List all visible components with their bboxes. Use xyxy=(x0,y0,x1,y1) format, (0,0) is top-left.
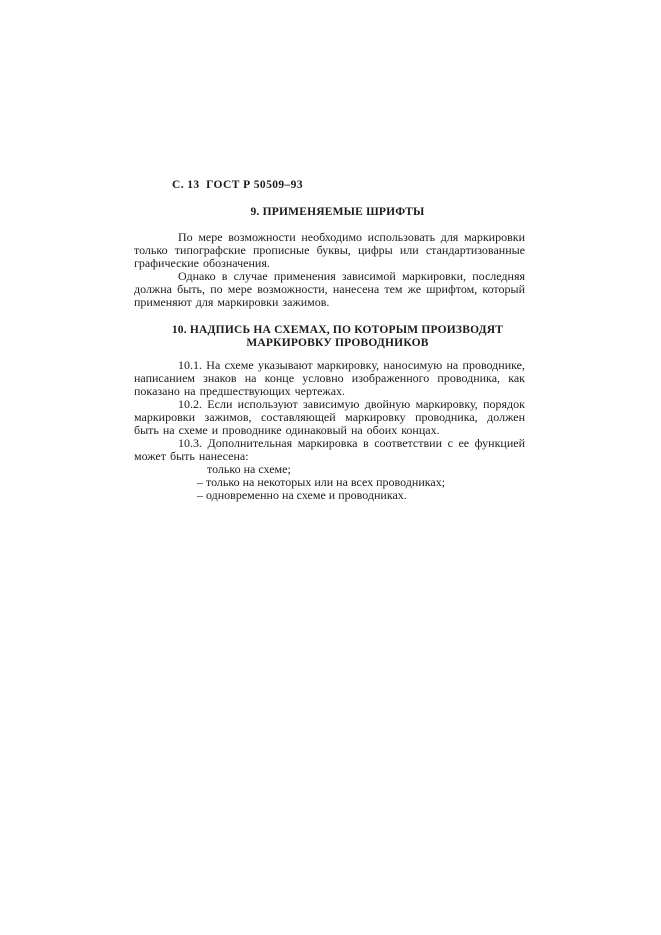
section-10-title-line-2: МАРКИРОВКУ ПРОВОДНИКОВ xyxy=(150,337,525,350)
section-10-title: 10. НАДПИСЬ НА СХЕМАХ, ПО КОТОРЫМ ПРОИЗВ… xyxy=(134,324,525,350)
section-10-paragraph-10-2: 10.2. Если используют зависимую двойную … xyxy=(134,398,525,437)
section-10-title-line-1: 10. НАДПИСЬ НА СХЕМАХ, ПО КОТОРЫМ ПРОИЗВ… xyxy=(150,324,525,337)
marking-options-list: только на схеме; – только на некоторых и… xyxy=(134,463,525,502)
page-content: 9. ПРИМЕНЯЕМЫЕ ШРИФТЫ По мере возможност… xyxy=(134,206,525,502)
list-item: – одновременно на схеме и проводниках. xyxy=(134,489,525,502)
document-page: С. 13 ГОСТ Р 50509–93 9. ПРИМЕНЯЕМЫЕ ШРИ… xyxy=(0,0,661,935)
section-10-paragraph-10-1: 10.1. На схеме указывают маркировку, нан… xyxy=(134,359,525,398)
section-9-title: 9. ПРИМЕНЯЕМЫЕ ШРИФТЫ xyxy=(134,206,525,219)
section-10-paragraph-10-3: 10.3. Дополнительная маркировка в соотве… xyxy=(134,437,525,463)
section-9-paragraph-1: По мере возможности необходимо использов… xyxy=(134,231,525,270)
page-header: С. 13 ГОСТ Р 50509–93 xyxy=(172,179,303,191)
section-9-paragraph-2: Однако в случае применения зависимой мар… xyxy=(134,270,525,309)
